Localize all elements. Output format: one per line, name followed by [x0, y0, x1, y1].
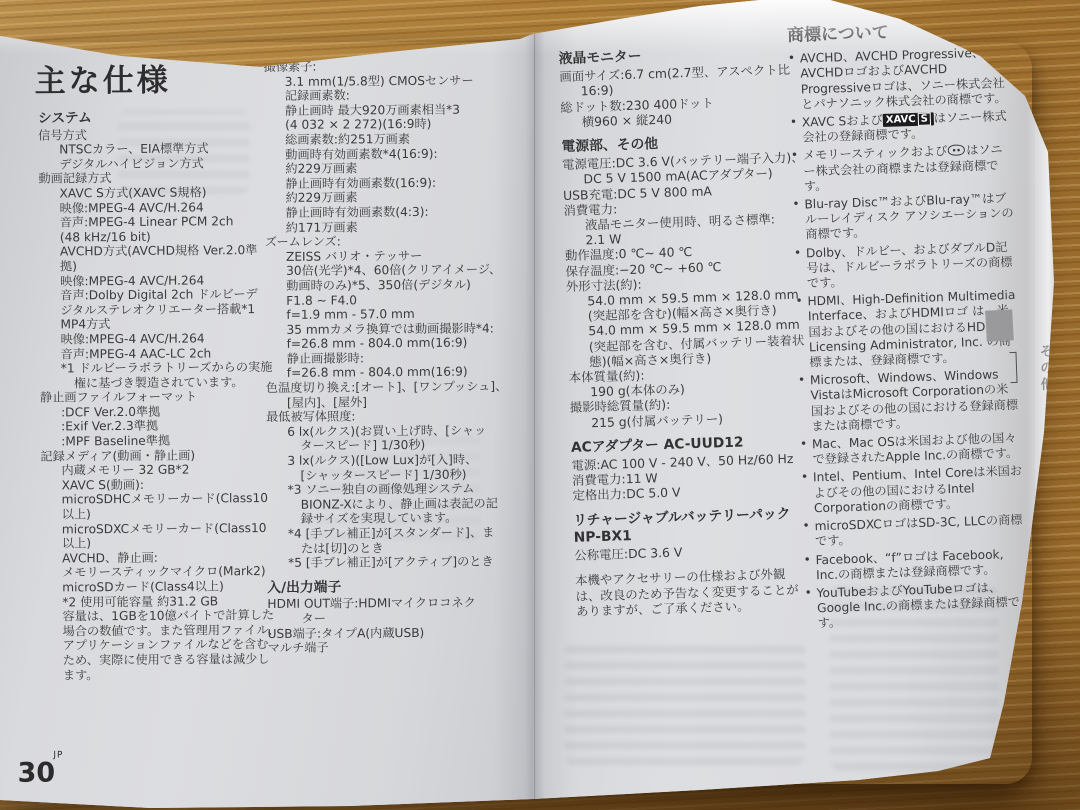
spec-line: f=26.8 mm - 804.0 mm(16:9): [287, 336, 518, 352]
spec-line: 静止画時有効画素数(4:3):: [286, 204, 517, 220]
trademarks-heading: 商標について: [787, 22, 1009, 44]
trademark-item: •Dolby、ドルビー、およびダブルD記号は、ドルビーラボラトリーズの商標です。: [794, 239, 1017, 292]
spec-line: 音声:Dolby Digital 2ch ドルビーデ: [60, 287, 261, 303]
spec-line: デジタルハイビジョン方式: [59, 156, 260, 172]
spec-line: MP4方式: [60, 316, 261, 332]
spec-line: AVCHD方式(AVCHD規格 Ver.2.0準: [60, 243, 261, 259]
spec-line: [シャッタースピード] 1/30秒): [300, 467, 518, 483]
spec-line: :MPF Baseline準拠: [61, 433, 262, 449]
spec-line: XAVC S(動画):: [62, 477, 263, 493]
section-tab-label: その他: [1034, 344, 1056, 394]
bullet-icon: •: [794, 245, 802, 260]
trademark-item: •メモリースティックおよびはソニー株式会社の商標または登録商標です。: [791, 142, 1014, 195]
left-page-content: 主な仕様 システム信号方式NTSCカラー、EIA標準方式デジタルハイビジョン方式…: [0, 0, 536, 810]
spec-line: *3 ソニー独自の画像処理システム: [288, 481, 519, 497]
spec-line: 以上): [62, 506, 263, 522]
bullet-icon: •: [795, 294, 803, 309]
spec-line: 動画記録方式: [38, 170, 260, 186]
spec-column-sensor: 撮像素子:3.1 mm(1/5.8型) CMOSセンサー記録画素数:静止画時 最…: [264, 58, 520, 655]
spec-line: 約171万画素: [286, 219, 517, 235]
spec-line: :DCF Ver.2.0準拠: [61, 404, 262, 420]
spec-line: *1 ドルビーラボラトリーズからの実施: [61, 360, 262, 376]
spec-line: (4 032 × 2 272)(16:9時): [285, 117, 516, 133]
spec-line: XAVC S方式(XAVC S規格): [59, 185, 260, 201]
spec-line: *5 [手ブレ補正]が[アクティブ]のとき: [288, 554, 519, 570]
spec-line: 約229万画素: [286, 190, 517, 206]
spec-line: 35 mmカメラ換算では動画撮影時*4:: [286, 321, 517, 337]
spec-line: 以上): [62, 535, 263, 551]
trademark-item: •Blu-ray Disc™およびBlu-ray™はブルーレイディスク アソシエ…: [792, 191, 1015, 244]
spec-line: ため、実際に使用できる容量は減少し: [63, 652, 264, 668]
spec-line: 録サイズを実現しています。: [301, 511, 519, 527]
spec-line: 音声:MPEG-4 AAC-LC 2ch: [61, 346, 262, 362]
spec-line: 音声:MPEG-4 Linear PCM 2ch: [60, 214, 261, 230]
spec-line: 静止画時 最大920万画素相当*3: [285, 102, 516, 118]
trademark-item: •XAVC SおよびXAVCSはソニー株式会社の登録商標です。: [790, 109, 1013, 146]
spec-line: 映像:MPEG-4 AVC/H.264: [60, 200, 261, 216]
xavc-s-logo: XAVCS: [883, 112, 934, 127]
section-tab-bracket: [1009, 352, 1017, 383]
spec-line: 記録メディア(動画・静止画): [40, 448, 262, 464]
spec-line: microSDXCメモリーカード(Class10: [62, 521, 263, 537]
spec-line: 3 lx(ルクス)([Low Lux]が[入]時、: [287, 452, 518, 468]
spec-line: 容量は、1GBを10億バイトで計算した: [62, 608, 263, 624]
bullet-icon: •: [788, 51, 796, 66]
spec-column-monitor-power: 液晶モニター画面サイズ:6.7 cm(2.7型、アスペクト比16:9)総ドット数…: [559, 44, 825, 618]
spec-line: 静止画時有効画素数(16:9):: [285, 175, 516, 191]
spec-line: 静止画撮影時:: [287, 350, 518, 366]
spec-line: マルチ端子: [268, 639, 520, 655]
spec-line: 動画時有効画素数*4(16:9):: [285, 146, 516, 162]
spec-line: 場合の数値です。また管理用ファイル、: [63, 623, 264, 639]
spec-line: アプリケーションファイルなどを含む: [63, 637, 264, 653]
spec-line: [屋内]、[屋外]: [287, 394, 518, 410]
spec-line: *4 [手ブレ補正]が[スタンダード]、ま: [288, 525, 519, 541]
bullet-icon: •: [801, 470, 809, 485]
spec-heading: 入/出力端子: [267, 579, 519, 595]
spec-line: ター: [301, 610, 519, 626]
trademark-item: •AVCHD、AVCHD Progressive、AVCHDロゴおよびAVCHD…: [788, 45, 1012, 113]
spec-line: ジタルステレオクリエーター搭載*1: [60, 302, 261, 318]
trademark-item: •Microsoft、Windows、Windows VistaはMicroso…: [798, 367, 1022, 435]
trademark-item: •YouTubeおよびYouTubeロゴは、Google Inc.の商標または登…: [804, 580, 1027, 633]
section-tab-marker: [985, 309, 1014, 341]
page-number-left: JP 30: [17, 750, 65, 786]
spec-line: 権に基づき製造されています。: [74, 375, 262, 391]
spec-line: 色温度切り換え:[オート]、[ワンプッシュ]、: [266, 379, 518, 395]
spec-line: AVCHD、静止画:: [62, 550, 263, 566]
spec-column-system: システム信号方式NTSCカラー、EIA標準方式デジタルハイビジョン方式動画記録方…: [38, 110, 264, 683]
spec-line: ます。: [63, 667, 264, 683]
spec-line: 拠): [60, 258, 261, 274]
page-title: 主な仕様: [35, 55, 171, 101]
bullet-icon: •: [791, 148, 799, 163]
booklet: 主な仕様 システム信号方式NTSCカラー、EIA標準方式デジタルハイビジョン方式…: [0, 0, 1080, 810]
spec-line: microSDカード(Class4以上): [62, 579, 263, 595]
trademark-item: •Mac、Mac OSは米国および他の国々で登録されたApple Inc.の商標…: [800, 431, 1023, 468]
bullet-icon: •: [798, 373, 806, 388]
trademark-item: •microSDXCロゴはSD-3C, LLCの商標です。: [802, 513, 1025, 550]
spec-line: NTSCカラー、EIA標準方式: [59, 141, 260, 157]
spec-line: メモリースティックマイクロ(Mark2): [62, 564, 263, 580]
spec-line: :Exif Ver.2.3準拠: [61, 418, 262, 434]
bullet-icon: •: [790, 115, 798, 130]
trademark-item: •Intel、Pentium、Intel Coreは米国およびその他の国における…: [801, 464, 1024, 517]
page-number: 30: [17, 760, 65, 786]
spec-line: F1.8 ~ F4.0: [286, 292, 517, 308]
spec-line: 3.1 mm(1/5.8型) CMOSセンサー: [285, 73, 516, 89]
spec-line: 動画時のみ)*5、350倍(デジタル): [286, 277, 517, 293]
bullet-icon: •: [800, 437, 808, 452]
photo-scene: 主な仕様 システム信号方式NTSCカラー、EIA標準方式デジタルハイビジョン方式…: [0, 0, 1080, 810]
spec-line: microSDHCメモリーカード(Class10: [62, 491, 263, 507]
spec-line: 6 lx(ルクス)(お買い上げ時、[シャッ: [287, 423, 518, 439]
spec-line: f=1.9 mm - 57.0 mm: [286, 306, 517, 322]
spec-heading: システム: [38, 110, 260, 126]
spec-line: *2 使用可能容量 約31.2 GB: [62, 594, 263, 610]
spec-line: BIONZ-Xにより、静止画は表記の記: [301, 496, 519, 512]
trademark-item: •Facebook、“f”ロゴは Facebook, Inc.の商標または登録商…: [803, 546, 1026, 583]
bullet-icon: •: [804, 585, 812, 600]
right-page-content: 液晶モニター画面サイズ:6.7 cm(2.7型、アスペクト比16:9)総ドット数…: [519, 0, 1046, 810]
spec-line: 約229万画素: [285, 160, 516, 176]
spec-line: 映像:MPEG-4 AVC/H.264: [60, 273, 261, 289]
memory-stick-logo: [948, 145, 965, 157]
bullet-icon: •: [802, 519, 810, 534]
spec-line: 静止画ファイルフォーマット: [40, 389, 262, 405]
spec-line: 信号方式: [38, 127, 260, 143]
spec-line: 30倍(光学)*4、60倍(クリアイメージ、: [286, 263, 517, 279]
spec-line: タースピード] 1/30秒): [300, 438, 518, 454]
spec-line: 映像:MPEG-4 AVC/H.264: [60, 331, 261, 347]
spec-line: 内蔵メモリー 32 GB*2: [61, 462, 262, 478]
spec-line: 記録画素数:: [285, 87, 516, 103]
bullet-icon: •: [803, 552, 811, 567]
bullet-icon: •: [792, 197, 800, 212]
spec-line: 総画素数:約251万画素: [285, 131, 516, 147]
